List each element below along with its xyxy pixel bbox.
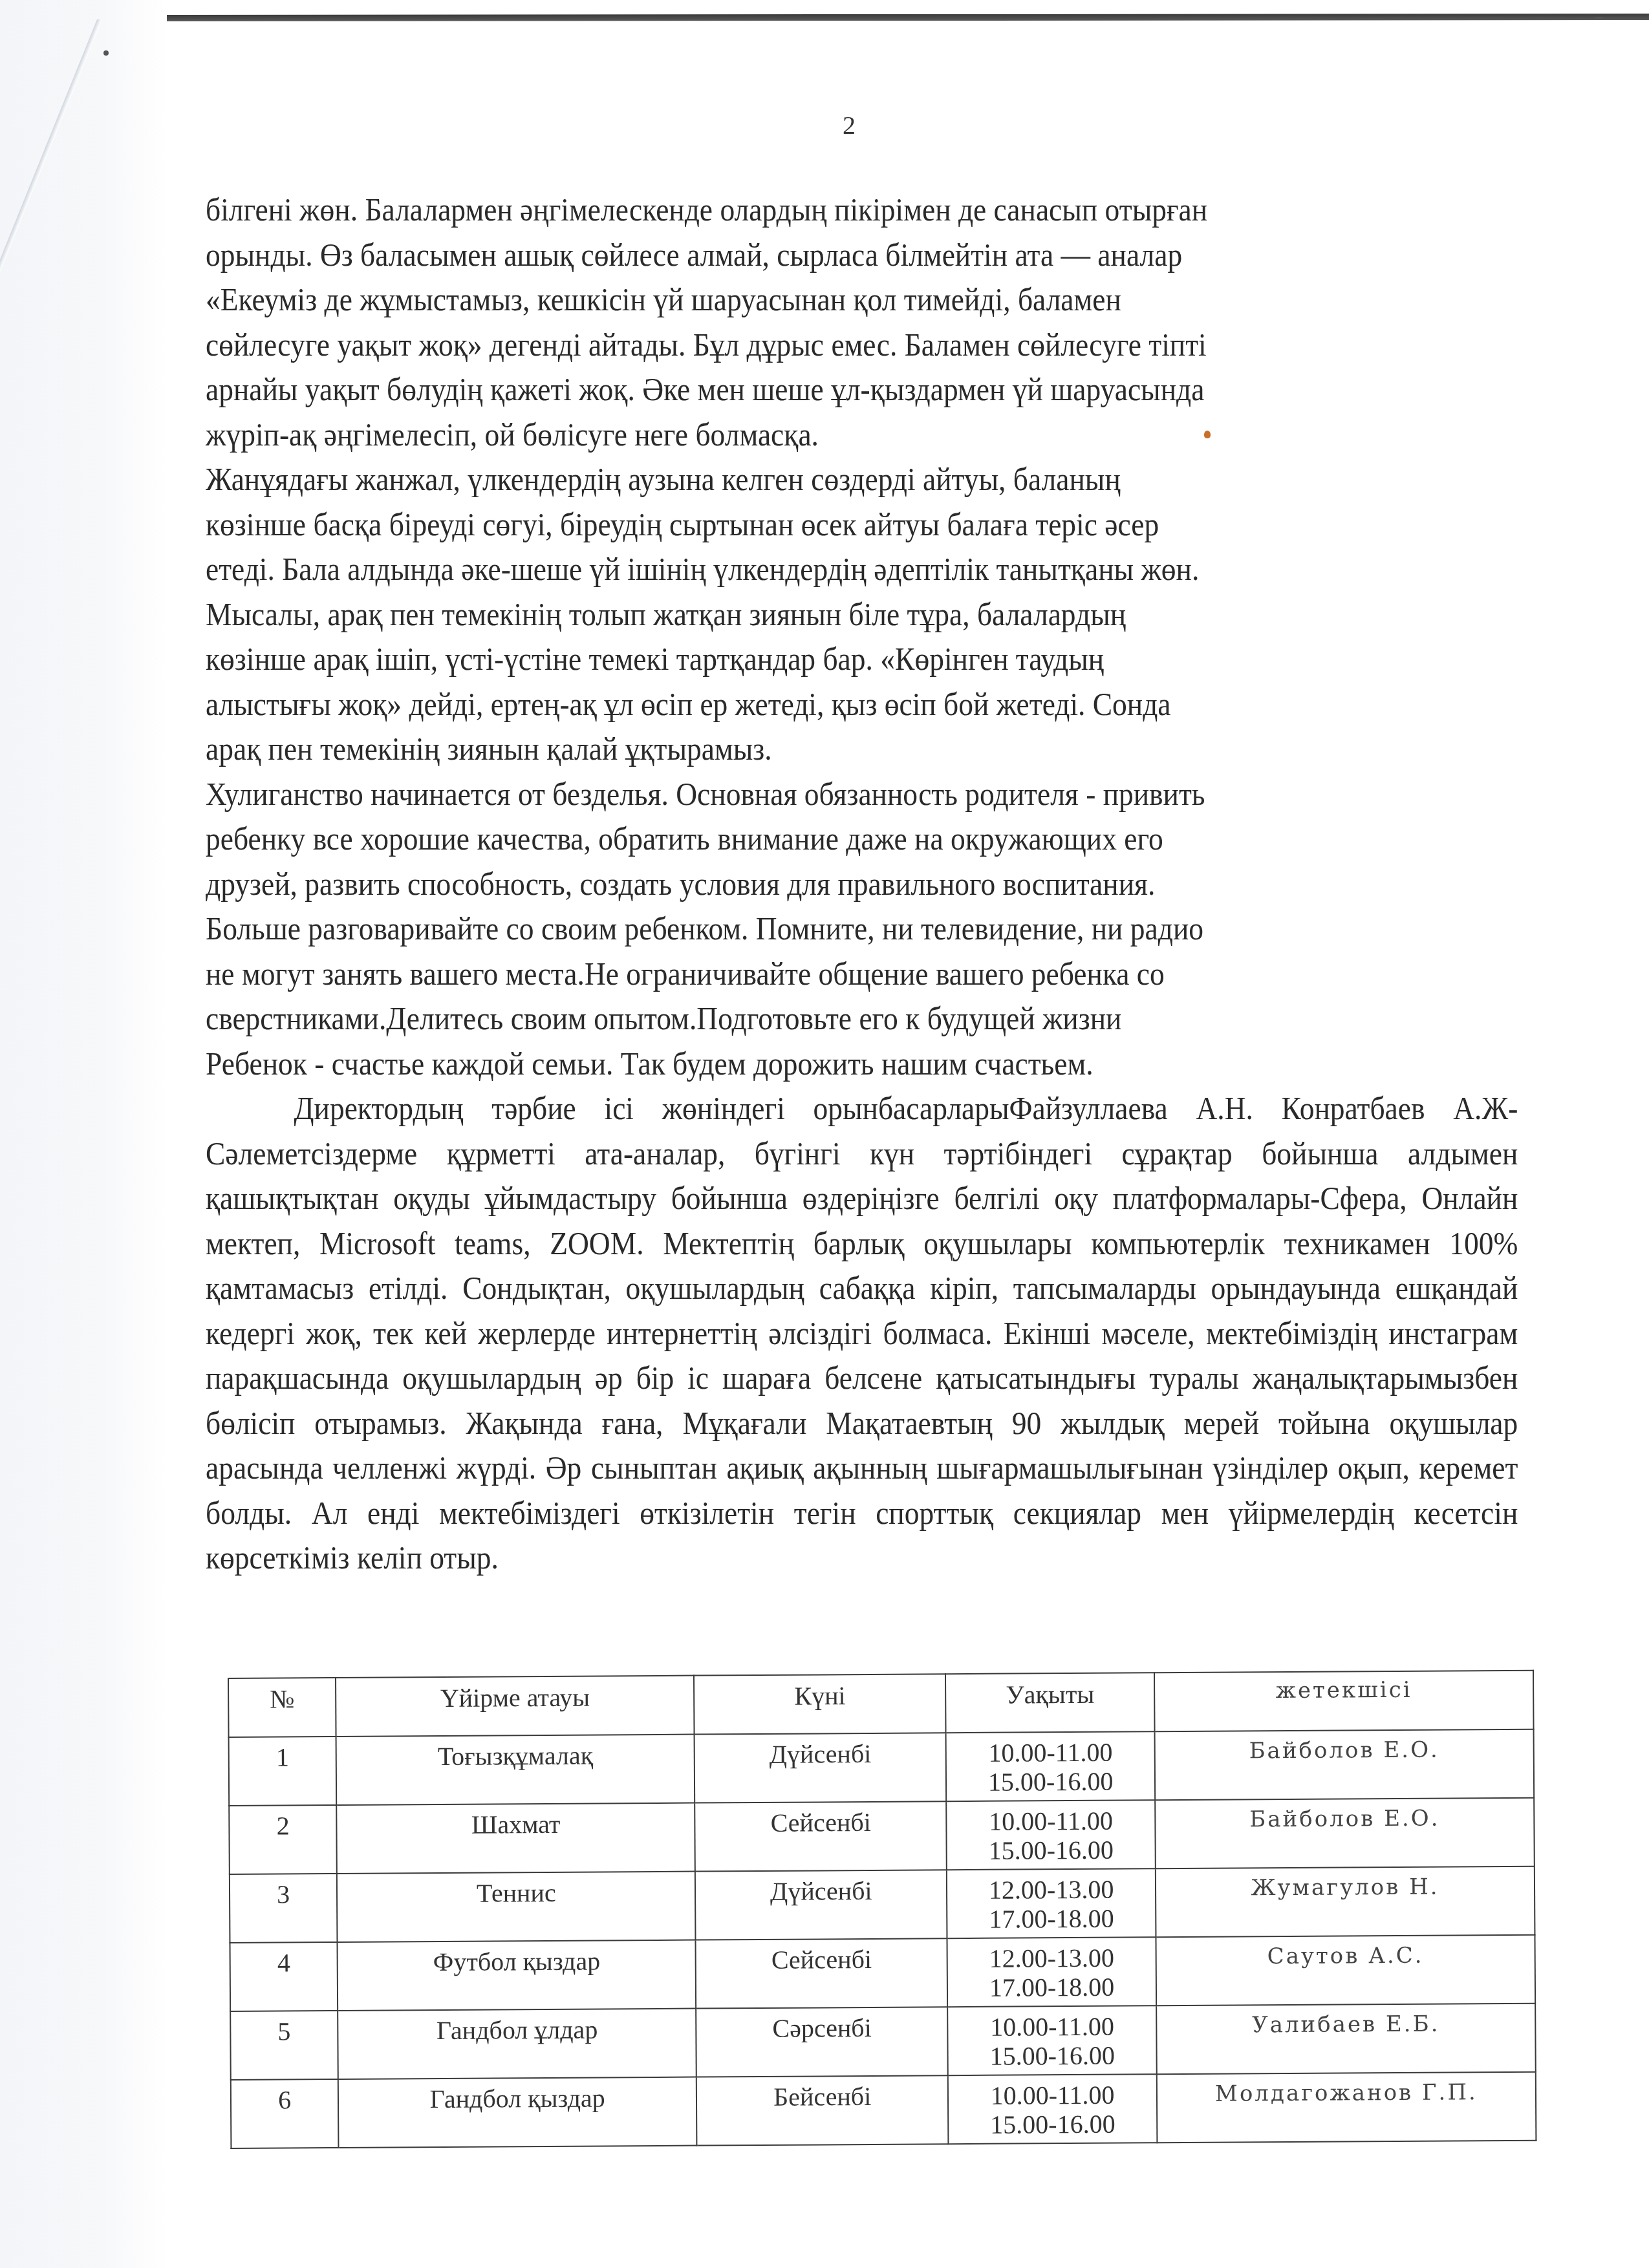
text-line: ребенку все хорошие качества, обратить в… — [206, 820, 1163, 857]
scan-speck — [103, 50, 109, 56]
scan-speck — [1595, 17, 1604, 20]
cell-time: 10.00-11.0015.00-16.00 — [948, 2074, 1157, 2144]
text-line: сверстниками.Делитесь своим опытом.Подго… — [206, 1000, 1121, 1036]
text-line: етеді. Бала алдында әке-шеше үй ішінің ү… — [206, 551, 1199, 587]
header-time: Уақыты — [945, 1673, 1154, 1733]
text-line: жүріп-ақ әңгімелесіп, ой бөлісуге неге б… — [206, 416, 819, 453]
text-line: Ребенок - счастье каждой семьи. Так буде… — [206, 1045, 1094, 1082]
cell-leader: Уалибаев Е.Б. — [1156, 2004, 1536, 2075]
cell-day: Сәрсенбі — [696, 2007, 948, 2077]
time-slot: 10.00-11.00 — [990, 2012, 1114, 2042]
cell-number: 4 — [230, 1942, 338, 2011]
cell-number: 6 — [231, 2079, 339, 2148]
text-line: не могут занять вашего места.Не ограничи… — [206, 956, 1165, 992]
document-body: білгені жөн. Балалармен әңгімелескенде о… — [206, 187, 1406, 1581]
header-leader: жетекшісі — [1154, 1671, 1534, 1732]
time-slot: 15.00-16.00 — [990, 2110, 1115, 2139]
cell-number: 1 — [229, 1737, 337, 1806]
cell-number: 2 — [229, 1805, 337, 1874]
cell-leader: Байболов Е.О. — [1155, 1798, 1535, 1869]
text-line: орынды. Өз баласымен ашық сөйлесе алмай,… — [206, 237, 1182, 273]
text-line: сөйлесуге уақыт жоқ» дегенді айтады. Бұл… — [206, 326, 1207, 363]
text-line: білгені жөн. Балалармен әңгімелескенде о… — [206, 191, 1207, 228]
cell-club-name: Гандбол ұлдар — [338, 2009, 696, 2079]
time-slot: 10.00-11.00 — [989, 1806, 1113, 1836]
cell-club-name: Футбол қыздар — [338, 1940, 696, 2011]
cell-time: 10.00-11.0015.00-16.00 — [946, 1731, 1155, 1801]
text-line: «Екеуміз де жұмыстамыз, кешкісін үй шару… — [206, 281, 1121, 317]
cell-day: Дүйсенбі — [695, 1733, 947, 1803]
cell-club-name: Шахмат — [337, 1803, 695, 1874]
cell-day: Дүйсенбі — [695, 1870, 947, 1940]
cell-day: Бейсенбі — [696, 2075, 949, 2145]
time-slot: 17.00-18.00 — [989, 1973, 1115, 2002]
page-number: 2 — [843, 110, 856, 140]
time-slot: 10.00-11.00 — [988, 1738, 1112, 1768]
header-number: № — [228, 1678, 336, 1737]
time-slot: 15.00-16.00 — [988, 1767, 1114, 1797]
cell-time: 10.00-11.0015.00-16.00 — [948, 2006, 1157, 2075]
cell-leader: Саутов А.С. — [1156, 1935, 1535, 2006]
cell-day: Сейсенбі — [696, 1938, 948, 2008]
cell-club-name: Гандбол қыздар — [338, 2077, 696, 2148]
text-line: друзей, развить способность, создать усл… — [206, 866, 1155, 902]
cell-leader: Молдагожанов Г.П. — [1157, 2072, 1536, 2143]
table-row: 4 Футбол қыздар Сейсенбі 12.00-13.0017.0… — [230, 1935, 1536, 2011]
cell-club-name: Тоғызқұмалақ — [336, 1735, 695, 1805]
table-row: 2 Шахмат Сейсенбі 10.00-11.0015.00-16.00… — [229, 1798, 1535, 1874]
header-day: Күні — [694, 1674, 946, 1734]
text-line: Больше разговаривайте со своим ребенком.… — [206, 910, 1203, 947]
table-row: 6 Гандбол қыздар Бейсенбі 10.00-11.0015.… — [231, 2072, 1536, 2148]
paragraph-rus: Хулиганство начинается от безделья. Осно… — [206, 772, 1406, 1087]
clubs-schedule-table: № Үйірме атауы Күні Уақыты жетекшісі 1 Т… — [228, 1670, 1536, 2149]
time-slot: 15.00-16.00 — [989, 2041, 1115, 2071]
paragraph-kaz-family: Жанұядағы жанжал, үлкендердің аузына кел… — [206, 457, 1406, 772]
time-slot: 12.00-13.00 — [989, 1943, 1115, 1973]
cell-number: 5 — [230, 2011, 338, 2080]
text-line: көзінше арақ ішіп, үсті-үстіне темекі та… — [206, 641, 1104, 677]
scan-margin — [0, 0, 168, 2268]
cell-time: 12.00-13.0017.00-18.00 — [947, 1868, 1156, 1938]
time-slot: 10.00-11.00 — [991, 2081, 1115, 2110]
header-club-name: Үйірме атауы — [336, 1676, 694, 1737]
scan-top-shadow — [167, 14, 1649, 21]
text-line: Мысалы, арақ пен темекінің толып жатқан … — [206, 596, 1126, 632]
time-slot: 15.00-16.00 — [989, 1835, 1114, 1865]
table-row: 1 Тоғызқұмалақ Дүйсенбі 10.00-11.0015.00… — [229, 1729, 1535, 1806]
cell-club-name: Теннис — [337, 1872, 695, 1942]
text-line: алыстығы жоқ» дейді, ертең-ақ ұл өсіп ер… — [206, 686, 1171, 722]
text-line: Хулиганство начинается от безделья. Осно… — [206, 776, 1205, 812]
text-line: Жанұядағы жанжал, үлкендердің аузына кел… — [206, 461, 1121, 497]
cell-number: 3 — [230, 1874, 338, 1943]
paragraph-deputy-director: Директордың тәрбие ісі жөніндегі орынбас… — [206, 1086, 1518, 1581]
text-line: арақ пен темекінің зиянын қалай ұқтырамы… — [206, 731, 772, 767]
paragraph-kaz-1: білгені жөн. Балалармен әңгімелескенде о… — [206, 187, 1406, 457]
table-row: 3 Теннис Дүйсенбі 12.00-13.0017.00-18.00… — [230, 1867, 1535, 1943]
time-slot: 12.00-13.00 — [989, 1875, 1114, 1905]
cell-time: 10.00-11.0015.00-16.00 — [947, 1800, 1156, 1870]
table-row: 5 Гандбол ұлдар Сәрсенбі 10.00-11.0015.0… — [230, 2004, 1536, 2080]
text-line: арнайы уақыт бөлудің қажеті жоқ. Әке мен… — [206, 371, 1204, 407]
cell-leader: Байболов Е.О. — [1154, 1729, 1534, 1801]
cell-time: 12.00-13.0017.00-18.00 — [947, 1937, 1156, 2007]
text-line: көзінше басқа біреуді сөгуі, біреудің сы… — [206, 506, 1159, 542]
cell-leader: Жумагулов Н. — [1156, 1867, 1535, 1938]
cell-day: Сейсенбі — [695, 1801, 947, 1871]
table-header-row: № Үйірме атауы Күні Уақыты жетекшісі — [228, 1671, 1534, 1737]
time-slot: 17.00-18.00 — [989, 1904, 1114, 1934]
